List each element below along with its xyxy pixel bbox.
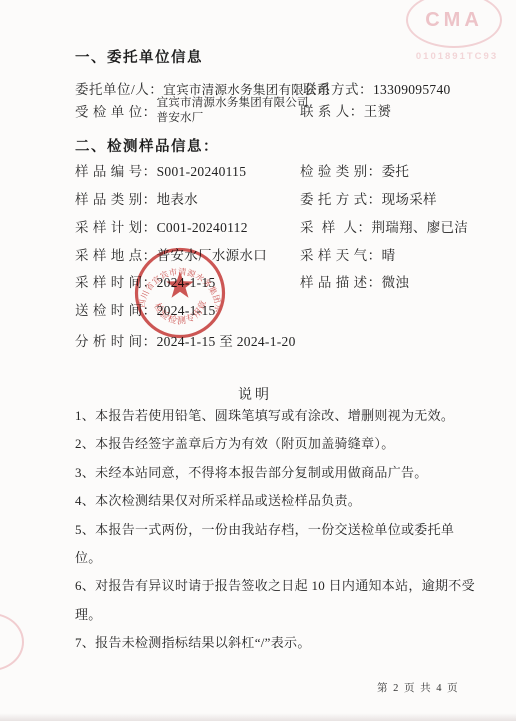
notes-list: 1、本报告若使用铅笔、圆珠笔填写或有涂改、增删则视为无效。 2、本报告经签字盖章… [75,402,478,658]
edge-stamp-fragment [0,613,24,671]
consign-unit-label: 委托单位/人： [75,82,163,97]
sample-description-row: 样 品 描 述：微浊 [300,271,409,292]
note-item-3: 3、未经本站同意，不得将本报告部分复制或用做商品广告。 [75,459,478,487]
inspected-unit-value: 宜宾市清源水务集团有限公司普安水厂 [157,96,309,125]
sample-id-row: 样 品 编 号：S001-20240115 [75,160,246,181]
inspected-unit-line1: 宜宾市清源水务集团有限公司 [157,96,309,111]
seal-top-text: 四川省宜宾市清源水务集团水质监测站 [129,246,224,313]
contact-method-row: 联系方式：13309095740 [303,78,451,99]
sampler-row: 采 样 人：荆瑞翔、廖已洁 [300,216,468,237]
note-item-2: 2、本报告经签字盖章后方为有效（附页加盖骑缝章）。 [75,430,478,458]
inspected-unit-label: 受 检 单 位： [75,105,157,120]
weather-value: 晴 [382,248,396,263]
sampler-value: 荆瑞翔、廖已洁 [372,220,469,235]
page-number: 第 2 页 共 4 页 [377,680,459,695]
notes-title: 说明 [0,384,510,404]
inspection-category-value: 委托 [382,164,410,179]
section1-heading: 一、委托单位信息 [75,46,203,67]
sampler-label: 采 样 人： [300,220,372,235]
sampling-plan-row: 采 样 计 划：C001-20240112 [75,216,248,237]
note-item-4: 4、本次检测结果仅对所采样品或送检样品负责。 [75,487,478,515]
scan-edge-shadow [0,713,516,721]
sampling-plan-value: C001-20240112 [157,220,248,235]
inspected-unit-row: 受 检 单 位：宜宾市清源水务集团有限公司普安水厂 [75,96,309,125]
sample-id-label: 样 品 编 号： [75,164,157,179]
sample-type-value: 地表水 [157,192,198,207]
sample-type-label: 样 品 类 别： [75,192,157,207]
contact-person-row: 联 系 人：王赟 [300,100,391,121]
inspection-category-label: 检 验 类 别： [300,164,382,179]
contact-method-value: 13309095740 [373,82,451,97]
sample-id-value: S001-20240115 [157,164,247,179]
note-item-1: 1、本报告若使用铅笔、圆珠笔填写或有涂改、增删则视为无效。 [75,402,478,430]
note-item-6: 6、对报告有异议时请于报告签收之日起 10 日内通知本站，逾期不受理。 [75,572,478,629]
sample-description-label: 样 品 描 述： [300,275,382,290]
cma-certificate-code: 0101891TC93 [402,51,512,62]
scanned-report-page: CMA 0101891TC93 一、委托单位信息 委托单位/人：宜宾市清源水务集… [0,0,516,721]
inspected-unit-line2: 普安水厂 [157,111,309,126]
sample-description-value: 微浊 [382,275,410,290]
section2-heading: 二、检测样品信息： [75,135,219,156]
weather-row: 采 样 天 气：晴 [300,244,395,265]
cma-accreditation-mark: CMA [406,0,502,48]
note-item-5: 5、本报告一式两份，一份由我站存档，一份交送检单位或委托单位。 [75,516,478,573]
commission-method-value: 现场采样 [382,192,437,207]
cma-letters: CMA [425,9,483,32]
contact-person-value: 王赟 [364,104,392,119]
commission-method-row: 委 托 方 式：现场采样 [300,188,437,209]
contact-method-label: 联系方式： [303,82,373,97]
sampling-plan-label: 采 样 计 划： [75,220,157,235]
seal-bottom-text: 检验检测专用章 [152,298,209,326]
contact-person-label: 联 系 人： [300,104,364,119]
commission-method-label: 委 托 方 式： [300,192,382,207]
weather-label: 采 样 天 气： [300,248,382,263]
sample-type-row: 样 品 类 别：地表水 [75,188,198,209]
inspection-category-row: 检 验 类 别：委托 [300,160,409,181]
red-seal-stamp: 四川省宜宾市清源水务集团水质监测站 检验检测专用章 [129,246,233,348]
note-item-7: 7、报告未检测指标结果以斜杠“/”表示。 [75,629,478,657]
